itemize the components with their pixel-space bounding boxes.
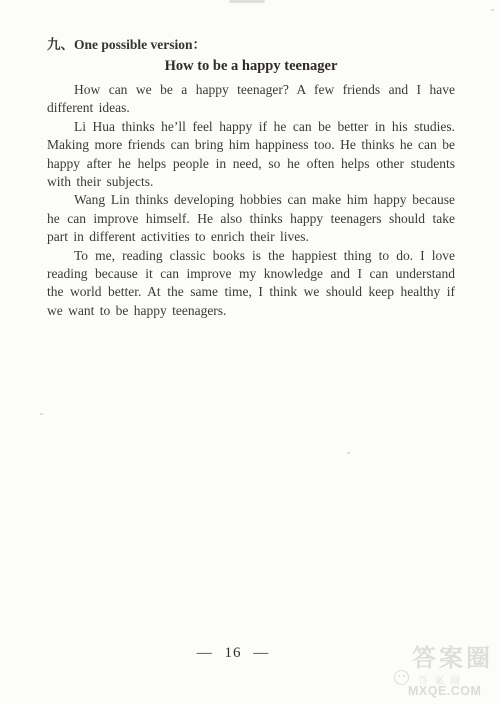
scan-speck (491, 9, 494, 11)
essay-paragraph: To me, reading classic books is the happ… (47, 247, 455, 321)
essay-paragraph: How can we be a happy teenager? A few fr… (47, 81, 455, 118)
scan-speck (40, 413, 43, 415)
scan-smudge (229, 0, 265, 3)
scanned-answer-page: 九、One possible version： How to be a happ… (0, 0, 500, 704)
page-number: — 16 — (0, 645, 483, 662)
essay-title: How to be a happy teenager (47, 57, 455, 76)
essay-paragraph: Li Hua thinks he’ll feel happy if he can… (47, 118, 455, 192)
watermark-logo-echo-text: 答案圈 (418, 672, 466, 687)
watermark-site-text: MXQE.COM (408, 684, 481, 698)
essay-paragraph: Wang Lin thinks developing hobbies can m… (47, 191, 455, 246)
watermark-doodle-face-icon (394, 670, 409, 685)
essay-content: 九、One possible version： How to be a happ… (47, 36, 455, 320)
section-label: 九、One possible version： (47, 36, 455, 54)
scan-speck (347, 452, 350, 454)
